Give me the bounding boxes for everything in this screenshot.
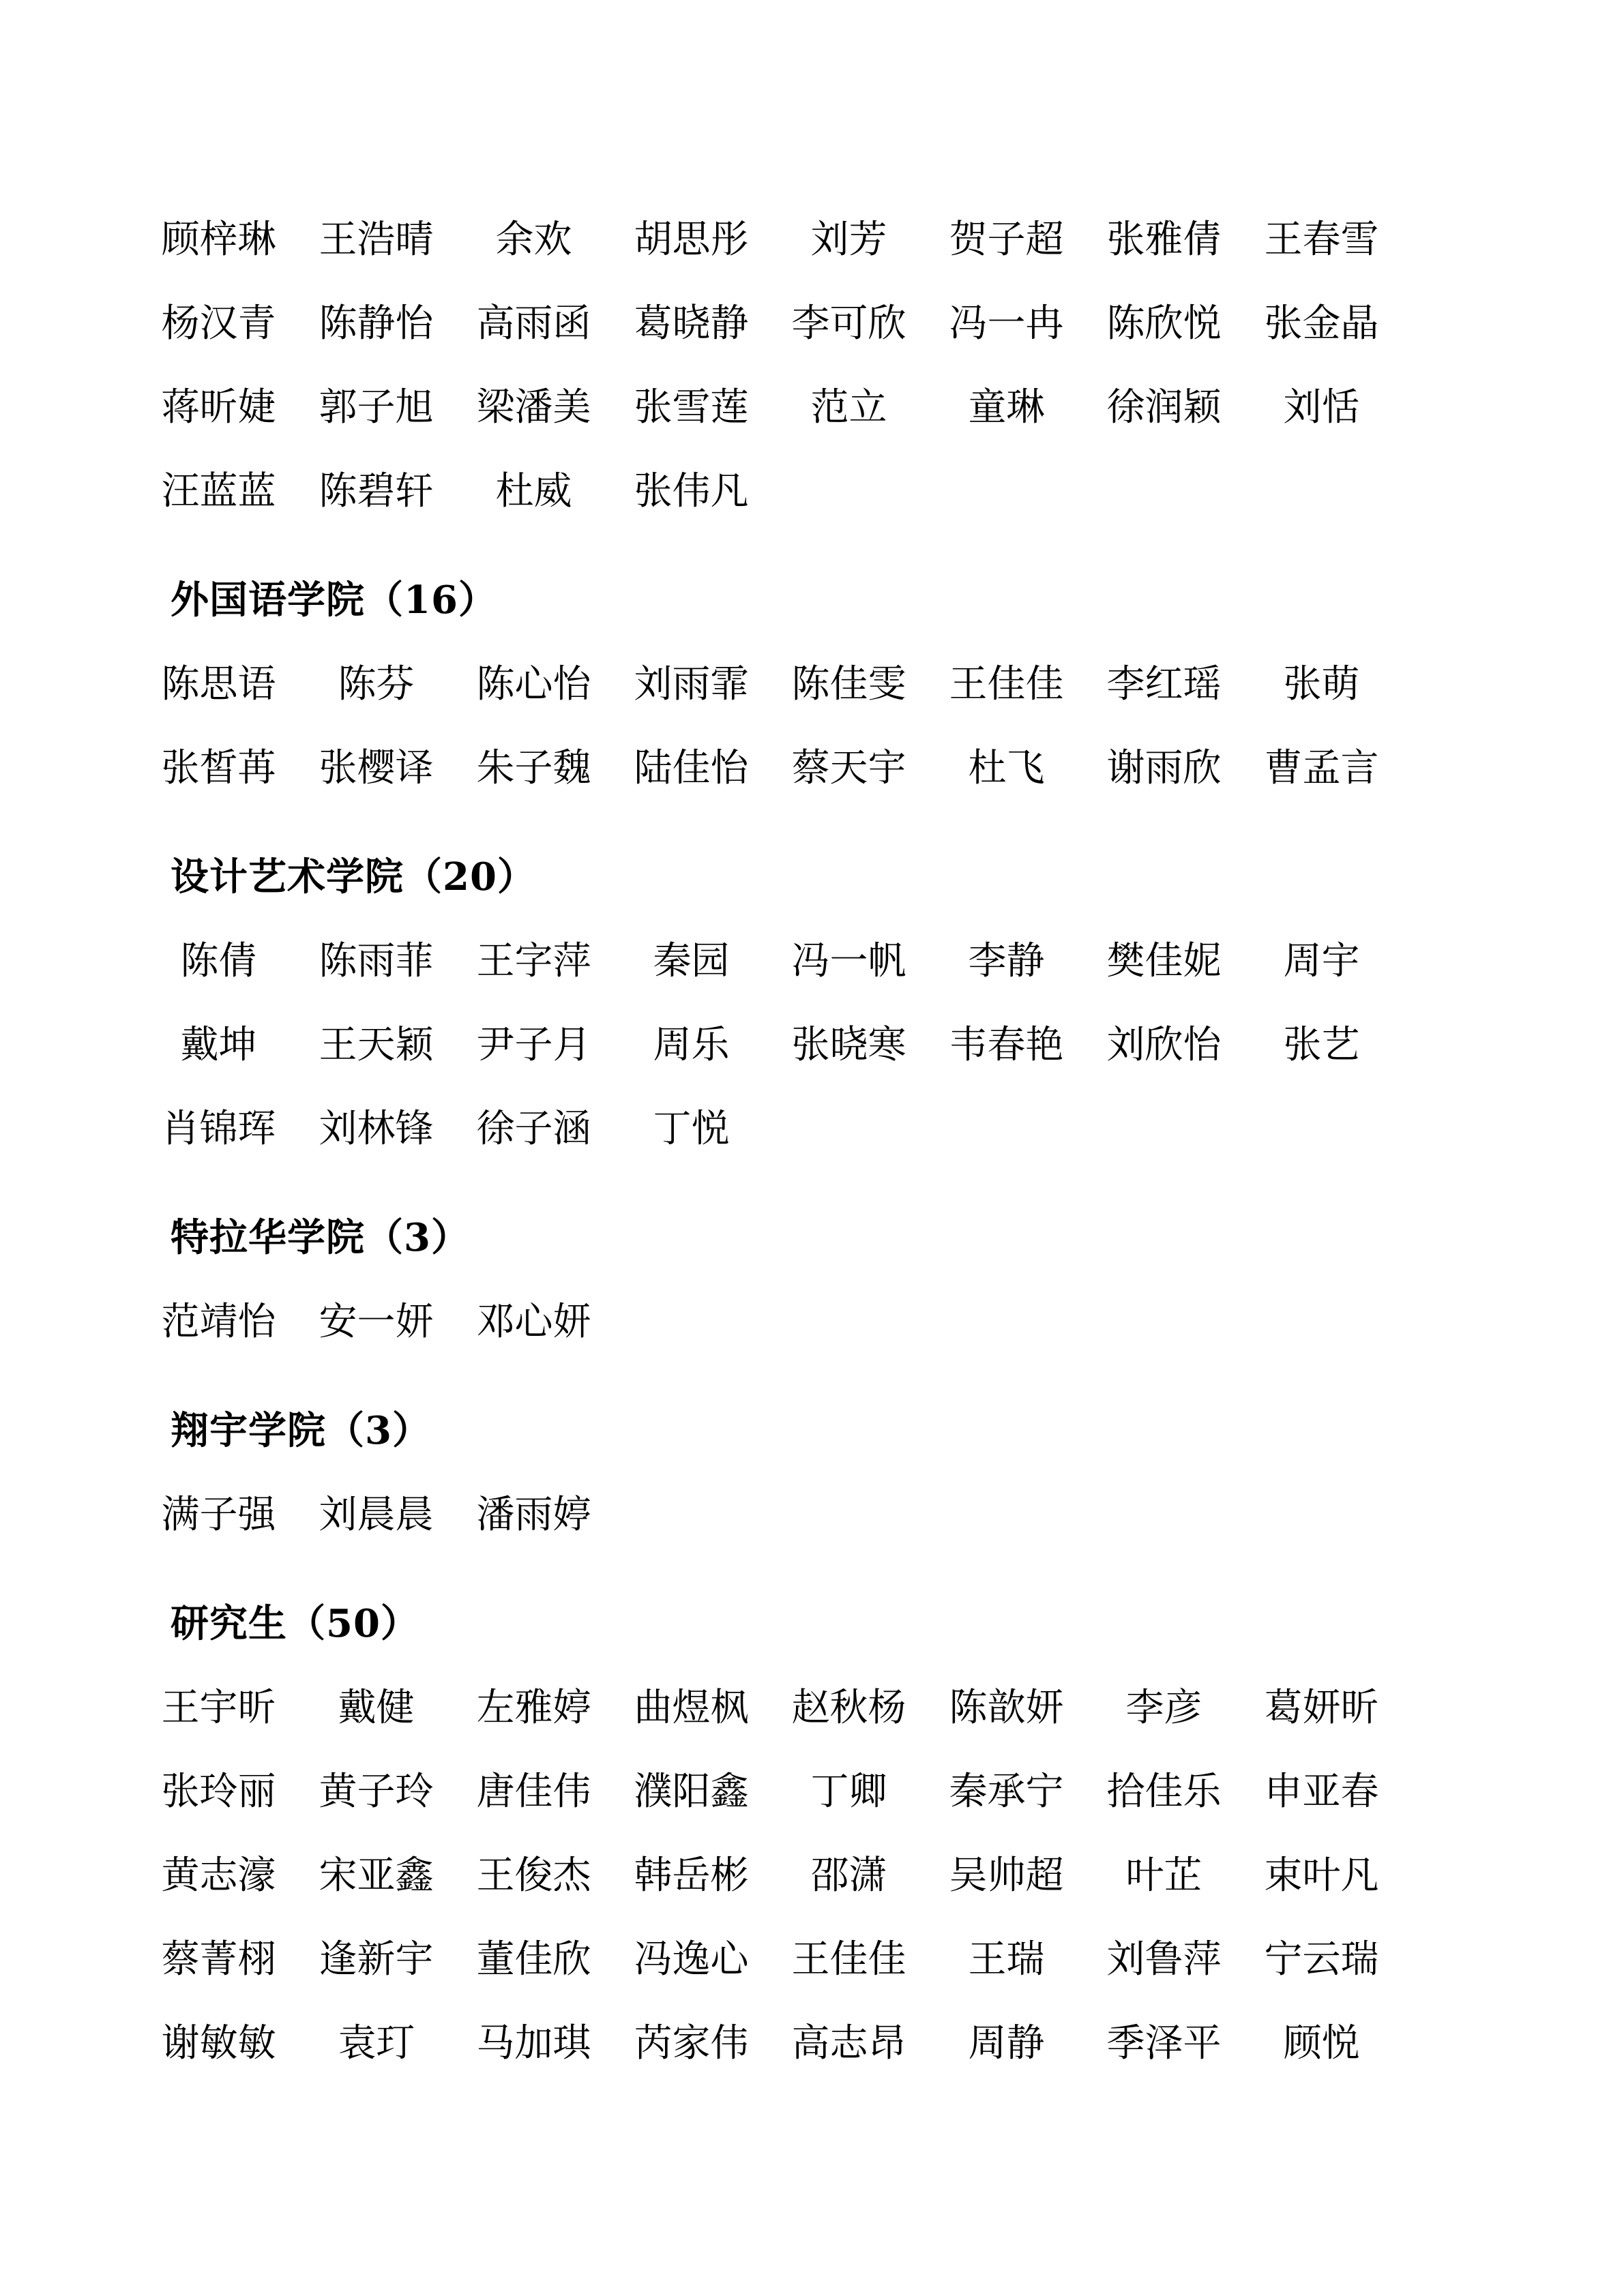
student-name: 陈心怡 [455,642,612,726]
student-name: 丁悦 [612,1087,770,1171]
student-name: 邓心妍 [455,1280,612,1364]
student-name: 申亚春 [1243,1750,1400,1834]
student-name: 徐润颖 [1085,366,1243,449]
section-header: 设计艺术学院（20） [140,835,1408,919]
student-name: 冯一冉 [928,282,1085,366]
name-row: 王宇昕戴健左雅婷曲煜枫赵秋杨陈歆妍李彦葛妍昕 [140,1666,1408,1750]
name-row: 顾梓琳王浩晴余欢胡思彤刘芳贺子超张雅倩王春雪 [140,198,1408,282]
student-name: 马加琪 [455,2001,612,2085]
student-name: 高志昂 [770,2001,928,2085]
student-name: 周静 [928,2001,1085,2085]
student-name: 黄志濠 [140,1834,297,1918]
student-name: 陆佳怡 [612,726,770,810]
student-name: 王字萍 [455,919,612,1003]
student-name: 季泽平 [1085,2001,1243,2085]
student-name: 樊佳妮 [1085,919,1243,1003]
student-name: 范立 [770,366,928,449]
student-name: 张萌 [1243,642,1400,726]
student-name: 潘雨婷 [455,1473,612,1557]
section-header: 特拉华学院（3） [140,1196,1408,1280]
name-row: 蔡菁栩逢新宇董佳欣冯逸心王佳佳王瑞刘鲁萍宁云瑞 [140,1918,1408,2001]
student-name: 陈芬 [297,642,455,726]
student-name: 顾悦 [1243,2001,1400,2085]
student-name: 刘恬 [1243,366,1400,449]
student-name: 王佳佳 [928,642,1085,726]
student-name: 杨汉青 [140,282,297,366]
student-name: 胡思彤 [612,198,770,282]
student-name: 拾佳乐 [1085,1750,1243,1834]
name-row: 黄志濠宋亚鑫王俊杰韩岳彬邵潇吴帅超叶芷束叶凡 [140,1834,1408,1918]
student-name: 董佳欣 [455,1918,612,2001]
student-name: 刘欣怡 [1085,1003,1243,1087]
student-name: 吴帅超 [928,1834,1085,1918]
student-name: 冯逸心 [612,1918,770,2001]
student-name: 李可欣 [770,282,928,366]
name-row: 谢敏敏袁玎马加琪芮家伟高志昂周静季泽平顾悦 [140,2001,1408,2085]
student-name: 郭子旭 [297,366,455,449]
student-name: 张雪莲 [612,366,770,449]
student-name: 韩岳彬 [612,1834,770,1918]
student-name: 朱子魏 [455,726,612,810]
student-name: 贺子超 [928,198,1085,282]
name-row: 范靖怡安一妍邓心妍 [140,1280,1408,1364]
student-name: 李静 [928,919,1085,1003]
student-name: 蔡菁栩 [140,1918,297,2001]
student-name: 刘林锋 [297,1087,455,1171]
student-name: 李彦 [1085,1666,1243,1750]
student-name: 王春雪 [1243,198,1400,282]
student-name: 王浩晴 [297,198,455,282]
student-name: 叶芷 [1085,1834,1243,1918]
student-name: 蔡天宇 [770,726,928,810]
document-page: 顾梓琳王浩晴余欢胡思彤刘芳贺子超张雅倩王春雪杨汉青陈静怡高雨函葛晓静李可欣冯一冉… [0,0,1624,2296]
student-name: 邵潇 [770,1834,928,1918]
student-name: 戴坤 [140,1003,297,1087]
student-name: 陈静怡 [297,282,455,366]
student-name: 戴健 [297,1666,455,1750]
section-header: 翔宇学院（3） [140,1389,1408,1473]
student-name: 杜飞 [928,726,1085,810]
student-name: 张皙苒 [140,726,297,810]
student-name: 张雅倩 [1085,198,1243,282]
name-row: 张皙苒张樱译朱子魏陆佳怡蔡天宇杜飞谢雨欣曹孟言 [140,726,1408,810]
student-name: 周乐 [612,1003,770,1087]
student-name: 韦春艳 [928,1003,1085,1087]
student-name: 曲煜枫 [612,1666,770,1750]
student-name: 葛妍昕 [1243,1666,1400,1750]
student-name: 王宇昕 [140,1666,297,1750]
student-name: 张晓寒 [770,1003,928,1087]
student-name: 葛晓静 [612,282,770,366]
name-row: 张玲丽黄子玲唐佳伟濮阳鑫丁卿秦承宁拾佳乐申亚春 [140,1750,1408,1834]
student-name: 张金晶 [1243,282,1400,366]
student-name: 满子强 [140,1473,297,1557]
student-name: 王佳佳 [770,1918,928,2001]
student-name: 张伟凡 [612,449,770,533]
student-name: 王天颖 [297,1003,455,1087]
name-row: 陈思语陈芬陈心怡刘雨霏陈佳雯王佳佳李红瑶张萌 [140,642,1408,726]
student-name: 左雅婷 [455,1666,612,1750]
student-name: 顾梓琳 [140,198,297,282]
student-name: 高雨函 [455,282,612,366]
student-name: 赵秋杨 [770,1666,928,1750]
name-row: 杨汉青陈静怡高雨函葛晓静李可欣冯一冉陈欣悦张金晶 [140,282,1408,366]
student-name: 肖锦珲 [140,1087,297,1171]
student-name: 刘鲁萍 [1085,1918,1243,2001]
student-name: 袁玎 [297,2001,455,2085]
student-name: 曹孟言 [1243,726,1400,810]
student-name: 陈雨菲 [297,919,455,1003]
student-name: 陈思语 [140,642,297,726]
name-row: 汪蓝蓝陈碧轩杜威张伟凡 [140,449,1408,533]
student-name: 张艺 [1243,1003,1400,1087]
student-name: 陈碧轩 [297,449,455,533]
student-name: 周宇 [1243,919,1400,1003]
student-name: 安一妍 [297,1280,455,1364]
student-name: 陈歆妍 [928,1666,1085,1750]
student-name: 秦园 [612,919,770,1003]
student-name: 王俊杰 [455,1834,612,1918]
student-name: 汪蓝蓝 [140,449,297,533]
student-name: 黄子玲 [297,1750,455,1834]
student-name: 谢敏敏 [140,2001,297,2085]
student-name: 谢雨欣 [1085,726,1243,810]
student-name: 濮阳鑫 [612,1750,770,1834]
student-name: 童琳 [928,366,1085,449]
name-row: 戴坤王天颖尹子月周乐张晓寒韦春艳刘欣怡张艺 [140,1003,1408,1087]
student-name: 陈欣悦 [1085,282,1243,366]
student-name: 徐子涵 [455,1087,612,1171]
section-header: 研究生（50） [140,1582,1408,1666]
award-name-list: 顾梓琳王浩晴余欢胡思彤刘芳贺子超张雅倩王春雪杨汉青陈静怡高雨函葛晓静李可欣冯一冉… [140,198,1408,2085]
name-row: 肖锦珲刘林锋徐子涵丁悦 [140,1087,1408,1171]
student-name: 梁潘美 [455,366,612,449]
student-name: 秦承宁 [928,1750,1085,1834]
student-name: 李红瑶 [1085,642,1243,726]
student-name: 王瑞 [928,1918,1085,2001]
student-name: 余欢 [455,198,612,282]
student-name: 张玲丽 [140,1750,297,1834]
name-row: 满子强刘晨晨潘雨婷 [140,1473,1408,1557]
student-name: 刘芳 [770,198,928,282]
student-name: 刘晨晨 [297,1473,455,1557]
student-name: 张樱译 [297,726,455,810]
student-name: 杜威 [455,449,612,533]
student-name: 逢新宇 [297,1918,455,2001]
student-name: 唐佳伟 [455,1750,612,1834]
section-header: 外国语学院（16） [140,558,1408,642]
student-name: 丁卿 [770,1750,928,1834]
student-name: 陈倩 [140,919,297,1003]
name-row: 陈倩陈雨菲王字萍秦园冯一帆李静樊佳妮周宇 [140,919,1408,1003]
student-name: 束叶凡 [1243,1834,1400,1918]
student-name: 芮家伟 [612,2001,770,2085]
student-name: 冯一帆 [770,919,928,1003]
student-name: 蒋昕婕 [140,366,297,449]
student-name: 刘雨霏 [612,642,770,726]
student-name: 陈佳雯 [770,642,928,726]
student-name: 范靖怡 [140,1280,297,1364]
student-name: 宋亚鑫 [297,1834,455,1918]
student-name: 尹子月 [455,1003,612,1087]
name-row: 蒋昕婕郭子旭梁潘美张雪莲范立童琳徐润颖刘恬 [140,366,1408,449]
student-name: 宁云瑞 [1243,1918,1400,2001]
